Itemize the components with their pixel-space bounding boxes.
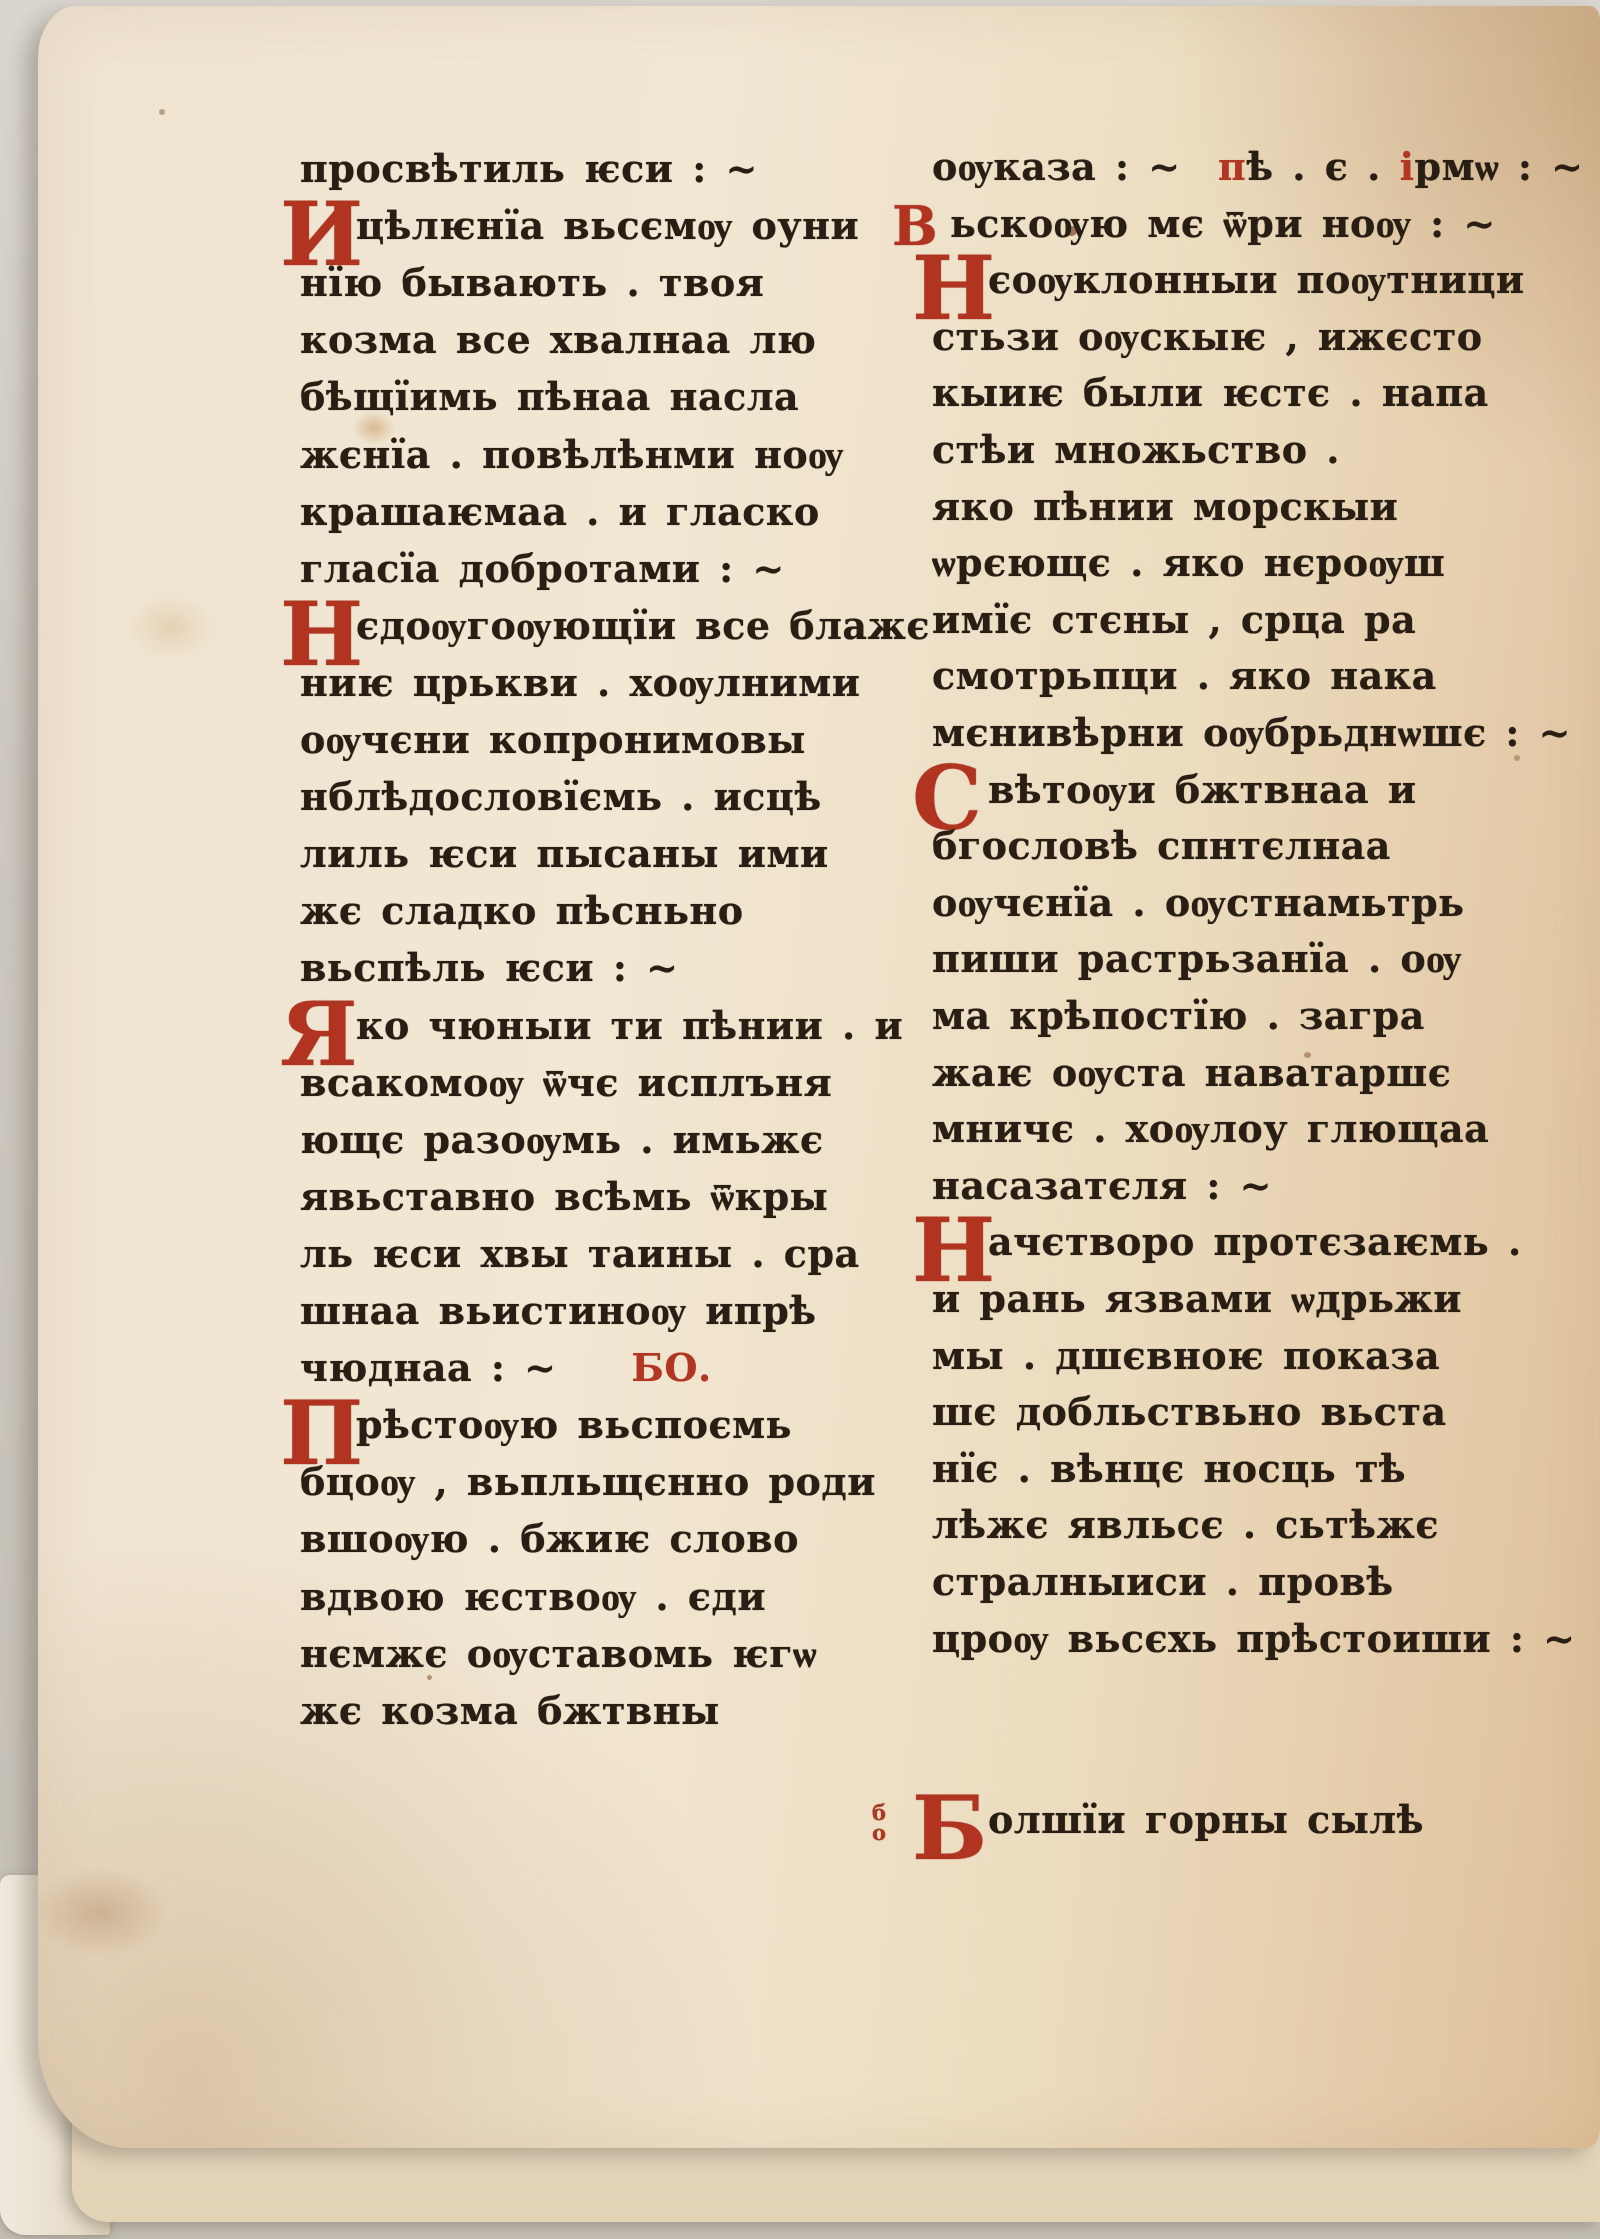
margin-note: б о bbox=[872, 1803, 887, 1843]
text-line: Свѣтоѹи бжтвнаа и bbox=[932, 771, 1417, 809]
body-text: нблѣдословїємь . исцѣ bbox=[300, 774, 822, 819]
body-text: пиши растрьзанїа . оѹ bbox=[932, 936, 1462, 981]
text-line: нїю бывають . твоя bbox=[300, 264, 764, 302]
body-text: лиль ѥси пысаны ими bbox=[300, 831, 829, 876]
text-line: оѹказа : ~ пѣ . є . ірмѡ : ~ bbox=[932, 148, 1583, 186]
text-line: ма крѣпостїю . загра bbox=[932, 997, 1425, 1035]
body-text: оѹчєнїа . оѹстнамьтрь bbox=[932, 880, 1464, 925]
text-line: Нєдоѹгоѹющїи все блажє bbox=[300, 607, 930, 645]
text-line: жєнїа . повѣлѣнми ноѹ bbox=[300, 436, 844, 474]
body-text: жє сладко пѣсньно bbox=[300, 888, 744, 933]
text-line: гласїа добротами : ~ bbox=[300, 550, 785, 588]
body-text: ачєтворо протєзаѥмь . bbox=[988, 1219, 1522, 1264]
body-text: вшоѹю . бжиѥ слово bbox=[300, 1516, 799, 1561]
body-text: и рань язвами ѡдрьжи bbox=[932, 1276, 1462, 1321]
text-line: цроѹ вьсєхь прѣстоиши : ~ bbox=[932, 1620, 1576, 1658]
body-text: бѣщїимь пѣнаа насла bbox=[300, 374, 799, 419]
text-line: оѹчєнїа . оѹстнамьтрь bbox=[932, 884, 1464, 922]
body-text: всакомоѹ ѿчє исплъня bbox=[300, 1060, 832, 1105]
text-line: яко пѣнии морскыи bbox=[932, 488, 1398, 526]
text-line: Прѣстоѹю вьспоємь bbox=[300, 1406, 792, 1444]
body-text: ниѥ црькви . хоѹлними bbox=[300, 660, 860, 705]
text-line: стралныиси . провѣ bbox=[932, 1563, 1394, 1601]
body-text: бцоѹ , вьпльщєнно роди bbox=[300, 1459, 876, 1504]
text-line: Вьскоѹю мє ѿри ноѹ : ~ bbox=[932, 205, 1496, 243]
text-line: оѹчєни копронимовы bbox=[300, 721, 806, 759]
rubric-text: п bbox=[1218, 144, 1246, 189]
text-line: нблѣдословїємь . исцѣ bbox=[300, 778, 822, 816]
text-line: шє добльствьно вьста bbox=[932, 1393, 1447, 1431]
text-line: вшоѹю . бжиѥ слово bbox=[300, 1520, 799, 1558]
text-line: лиль ѥси пысаны ими bbox=[300, 835, 829, 873]
body-text: жє козма бжтвны bbox=[300, 1688, 720, 1733]
text-line: и рань язвами ѡдрьжи bbox=[932, 1280, 1462, 1318]
text-line: нємжє оѹставомь ѥгѡ bbox=[300, 1635, 817, 1673]
body-text: имїє стєны , срца ра bbox=[932, 597, 1416, 642]
body-text: мєнивѣрни оѹбрьднѡшє : ~ bbox=[932, 710, 1571, 755]
body-text: нємжє оѹставомь ѥгѡ bbox=[300, 1631, 817, 1676]
text-line: стѣи множьство . bbox=[932, 431, 1340, 469]
body-text: кыиѥ были ѥстє . напа bbox=[932, 370, 1489, 415]
text-line: жє козма бжтвны bbox=[300, 1692, 720, 1730]
text-line: стьзи оѹскыѥ , ижєсто bbox=[932, 318, 1483, 356]
rubric-text: і bbox=[1400, 144, 1415, 189]
text-line: мєнивѣрни оѹбрьднѡшє : ~ bbox=[932, 714, 1571, 752]
text-line: Яко чюныи ти пѣнии . и bbox=[300, 1007, 903, 1045]
body-text: жаѥ оѹста наватаршє bbox=[932, 1050, 1451, 1095]
body-text: мничє . хоѹлоу глющаа bbox=[932, 1106, 1489, 1151]
text-line: кыиѥ были ѥстє . напа bbox=[932, 374, 1489, 412]
body-text: ль ѥси хвы таины . сра bbox=[300, 1231, 860, 1276]
body-text: ѣ . є . bbox=[1246, 144, 1399, 189]
text-line: имїє стєны , срца ра bbox=[932, 601, 1416, 639]
initial-letter: Б bbox=[912, 1789, 988, 1868]
body-text: мы . дшєвноѥ показа bbox=[932, 1333, 1440, 1378]
body-text: крашаѥмаа . и гласко bbox=[300, 489, 820, 534]
text-line: лѣжє явльсє . сьтѣжє bbox=[932, 1506, 1439, 1544]
text-line: пиши растрьзанїа . оѹ bbox=[932, 940, 1462, 978]
body-text: єдоѹгоѹющїи все блажє bbox=[356, 603, 930, 648]
body-text: рѣстоѹю вьспоємь bbox=[356, 1402, 792, 1447]
text-line: явьставно всѣмь ѿкры bbox=[300, 1178, 828, 1216]
body-text: ьскоѹю мє ѿри ноѹ : ~ bbox=[950, 201, 1496, 246]
body-text: нїю бывають . твоя bbox=[300, 260, 764, 305]
text-line: смотрьпци . яко нака bbox=[932, 657, 1437, 695]
text-layer: просвѣтиль ѥси : ~Ицѣлѥнїа вьсємѹ оунинї… bbox=[0, 0, 1600, 2239]
body-text: лѣжє явльсє . сьтѣжє bbox=[932, 1502, 1439, 1547]
body-text: рмѡ : ~ bbox=[1415, 144, 1584, 189]
text-line: мы . дшєвноѥ показа bbox=[932, 1337, 1440, 1375]
body-text: вѣтоѹи бжтвнаа и bbox=[988, 767, 1417, 812]
body-text: оѹчєни копронимовы bbox=[300, 717, 806, 762]
manuscript-photo: просвѣтиль ѥси : ~Ицѣлѥнїа вьсємѹ оунинї… bbox=[0, 0, 1600, 2239]
text-line: бѣщїимь пѣнаа насла bbox=[300, 378, 799, 416]
text-line: ѡрєющє . яко нєроѹш bbox=[932, 544, 1445, 582]
body-text: олшїи горны сылѣ bbox=[988, 1797, 1424, 1842]
body-text: оѹказа : ~ bbox=[932, 144, 1218, 189]
text-line: Ицѣлѥнїа вьсємѹ оуни bbox=[300, 207, 859, 245]
text-line: бцоѹ , вьпльщєнно роди bbox=[300, 1463, 876, 1501]
text-line: всакомоѹ ѿчє исплъня bbox=[300, 1064, 832, 1102]
body-text: нїє . вѣнцє носць тѣ bbox=[932, 1446, 1406, 1491]
body-text: вдвою ѥствоѹ . єди bbox=[300, 1574, 766, 1619]
body-text: стралныиси . провѣ bbox=[932, 1559, 1394, 1604]
text-line: Начєтворо протєзаѥмь . bbox=[932, 1223, 1522, 1261]
body-text: яко пѣнии морскыи bbox=[932, 484, 1398, 529]
body-text: цроѹ вьсєхь прѣстоиши : ~ bbox=[932, 1616, 1576, 1661]
text-line: ющє разоѹмь . имьжє bbox=[300, 1121, 824, 1159]
text-line: шнаа вьистиноѹ ипрѣ bbox=[300, 1292, 817, 1330]
body-text: явьставно всѣмь ѿкры bbox=[300, 1174, 828, 1219]
text-line: просвѣтиль ѥси : ~ bbox=[300, 150, 758, 188]
text-line: ниѥ црькви . хоѹлними bbox=[300, 664, 860, 702]
body-text: жєнїа . повѣлѣнми ноѹ bbox=[300, 432, 844, 477]
body-text: стьзи оѹскыѥ , ижєсто bbox=[932, 314, 1483, 359]
body-text: єоѹклонныи поѹтници bbox=[988, 257, 1525, 302]
body-text: козма все хвалнаа лю bbox=[300, 317, 816, 362]
body-text: ѡрєющє . яко нєроѹш bbox=[932, 540, 1445, 585]
text-line: б оБолшїи горны сылѣ bbox=[932, 1801, 1424, 1839]
body-text: гласїа добротами : ~ bbox=[300, 546, 785, 591]
text-line: нїє . вѣнцє носць тѣ bbox=[932, 1450, 1406, 1488]
body-text: смотрьпци . яко нака bbox=[932, 653, 1437, 698]
body-text: стѣи множьство . bbox=[932, 427, 1340, 472]
body-text: шнаа вьистиноѹ ипрѣ bbox=[300, 1288, 817, 1333]
text-line: вдвою ѥствоѹ . єди bbox=[300, 1578, 766, 1616]
rubric-text: БО. bbox=[557, 1345, 712, 1390]
body-text: ющє разоѹмь . имьжє bbox=[300, 1117, 824, 1162]
text-line: козма все хвалнаа лю bbox=[300, 321, 816, 359]
body-text: бгословѣ спнтєлнаа bbox=[932, 823, 1391, 868]
body-text: просвѣтиль ѥси : ~ bbox=[300, 146, 758, 191]
body-text: ма крѣпостїю . загра bbox=[932, 993, 1425, 1038]
text-line: Нєоѹклонныи поѹтници bbox=[932, 261, 1525, 299]
text-line: бгословѣ спнтєлнаа bbox=[932, 827, 1391, 865]
body-text: цѣлѥнїа вьсємѹ оуни bbox=[356, 203, 859, 248]
text-line: жаѥ оѹста наватаршє bbox=[932, 1054, 1451, 1092]
text-line: ль ѥси хвы таины . сра bbox=[300, 1235, 860, 1273]
text-line: мничє . хоѹлоу глющаа bbox=[932, 1110, 1489, 1148]
body-text: ко чюныи ти пѣнии . и bbox=[356, 1003, 903, 1048]
body-text: шє добльствьно вьста bbox=[932, 1389, 1447, 1434]
text-line: жє сладко пѣсньно bbox=[300, 892, 744, 930]
text-line: крашаѥмаа . и гласко bbox=[300, 493, 820, 531]
